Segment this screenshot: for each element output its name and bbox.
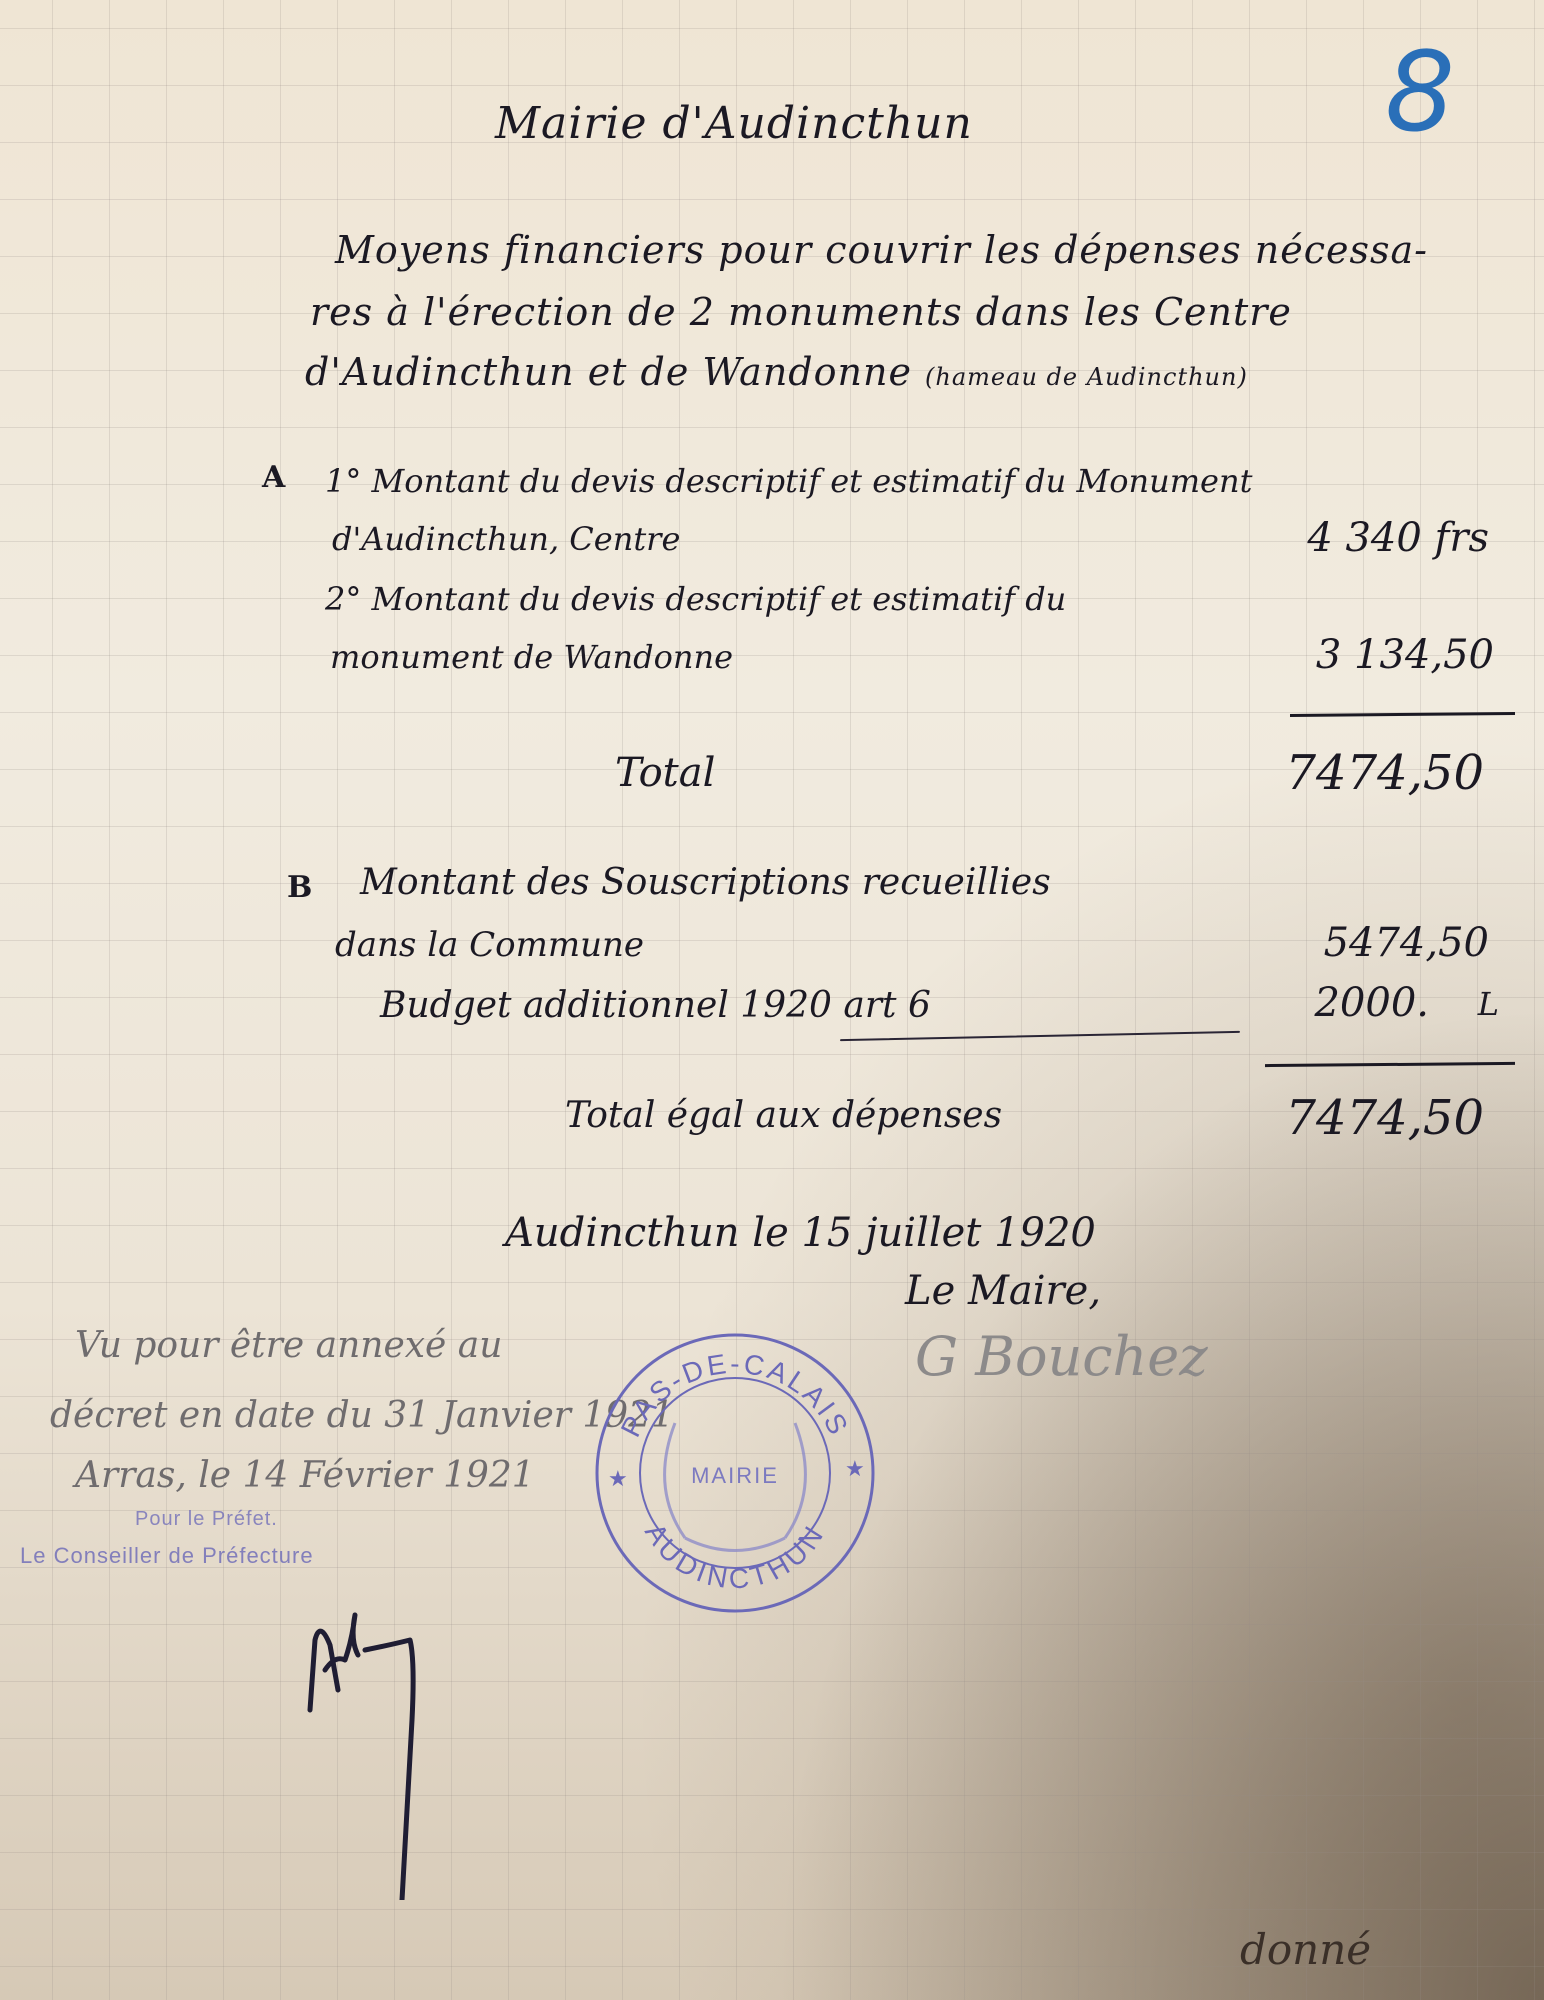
intro-line-3-main: d'Audincthun et de Wandonne xyxy=(305,350,912,394)
mairie-stamp: PAS-DE-CALAIS AUDINCTHUN MAIRIE ★ ★ xyxy=(590,1328,880,1618)
signatory-title: Le Maire, xyxy=(905,1268,1101,1314)
annotation-line-1: Vu pour être annexé au xyxy=(75,1325,502,1366)
svg-text:MAIRIE: MAIRIE xyxy=(691,1463,779,1488)
section-b-item1-line1: Montant des Souscriptions recueillies xyxy=(360,862,1051,903)
corner-note: donné xyxy=(1240,1925,1371,1974)
prefecture-signature xyxy=(290,1600,490,1904)
section-a-total-amount: 7474,50 xyxy=(1286,745,1485,801)
annotation-line-2: décret en date du 31 Janvier 1921 xyxy=(50,1395,674,1436)
stamp-seal-icon: PAS-DE-CALAIS AUDINCTHUN MAIRIE ★ ★ xyxy=(590,1328,880,1618)
intro-line-2: res à l'érection de 2 monuments dans les… xyxy=(310,290,1292,334)
section-a-item2-amount: 3 134,50 xyxy=(1316,632,1494,678)
section-b-item1-line2: dans la Commune xyxy=(335,925,644,965)
section-b-total-amount: 7474,50 xyxy=(1286,1090,1485,1146)
dateline: Audincthun le 15 juillet 1920 xyxy=(505,1210,1096,1256)
section-b-item2-line1: Budget additionnel 1920 art 6 xyxy=(380,985,931,1026)
section-b-margin-mark: L xyxy=(1478,985,1499,1023)
section-a-item2-line1: 2° Montant du devis descriptif et estima… xyxy=(325,580,1066,618)
section-a-total-label: Total xyxy=(615,750,715,796)
intro-line-3: d'Audincthun et de Wandonne (hameau de A… xyxy=(305,350,1248,394)
page-number: 8 xyxy=(1385,28,1455,156)
svg-text:AUDINCTHUN: AUDINCTHUN xyxy=(639,1518,831,1595)
section-b-item2-amount: 2000. xyxy=(1314,980,1429,1026)
section-a-letter: A xyxy=(262,460,285,495)
section-b-item1-amount: 5474,50 xyxy=(1324,920,1489,966)
annotation-stamp-line-2: Le Conseiller de Préfecture xyxy=(20,1543,314,1569)
stamp-bottom-text: AUDINCTHUN xyxy=(639,1518,831,1595)
annotation-line-3: Arras, le 14 Février 1921 xyxy=(75,1455,535,1496)
section-a-item1-line2: d'Audincthun, Centre xyxy=(332,520,680,558)
annotation-stamp-line-1: Pour le Préfet. xyxy=(135,1508,278,1531)
svg-text:★: ★ xyxy=(845,1457,865,1482)
intro-line-1: Moyens financiers pour couvrir les dépen… xyxy=(335,228,1428,272)
svg-text:★: ★ xyxy=(608,1467,628,1492)
intro-line-3-note: (hameau de Audincthun) xyxy=(925,363,1248,391)
section-a-item1-amount: 4 340 frs xyxy=(1307,515,1489,561)
section-b-letter: B xyxy=(287,870,312,905)
section-a-item2-line2: monument de Wandonne xyxy=(330,638,733,676)
section-a-item1-line1: 1° Montant du devis descriptif et estima… xyxy=(325,462,1252,500)
section-b-total-label: Total égal aux dépenses xyxy=(565,1095,1002,1136)
mayor-signature: G Bouchez xyxy=(915,1325,1208,1388)
document-title: Mairie d'Audincthun xyxy=(495,98,973,149)
signature-scribble-icon xyxy=(290,1600,490,1900)
